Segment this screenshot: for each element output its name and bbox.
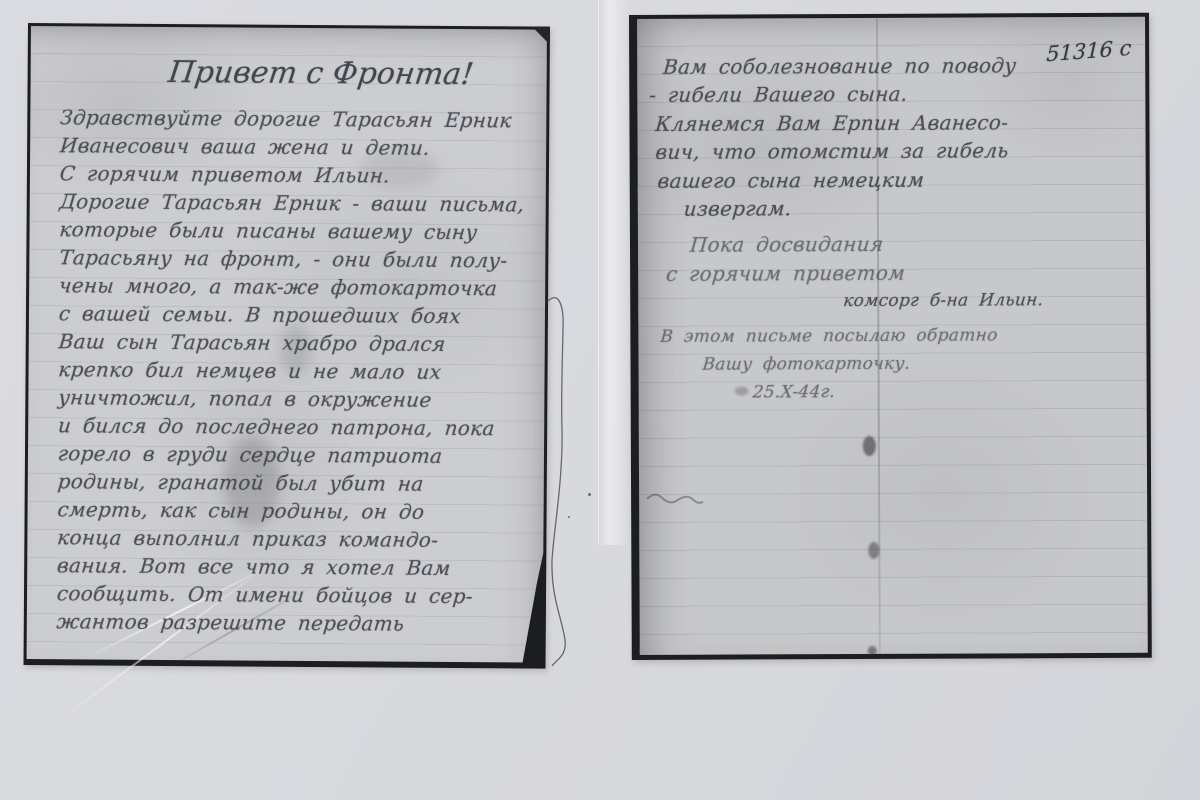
handwritten-line: сообщить. От имени бойцов и сер- (56, 579, 545, 610)
signature-line: комсорг б-на Ильин. (842, 286, 1147, 316)
handwritten-line: Тарасьяну на фронт, - они были полу- (58, 243, 547, 274)
ink-stain (868, 542, 879, 559)
handwritten-line: Иванесович ваша жена и дети. (59, 131, 548, 162)
handwritten-line: Клянемся Вам Ерпин Аванесо- (654, 108, 1146, 139)
handwritten-line: с горячим приветом (665, 257, 1147, 287)
handwritten-line: родины, гранатой был убит на (56, 467, 545, 498)
handwritten-line: вашего сына немецким (657, 164, 1147, 195)
handwritten-line: конца выполнил приказ командо- (56, 523, 545, 554)
ink-stain (735, 386, 749, 395)
ink-squiggle (645, 485, 705, 509)
handwritten-line: В этом письме посылаю обратно (659, 320, 1147, 351)
letter-heading: Привет с Фронта! (166, 55, 549, 93)
handwritten-line: Ваш сын Тарасьян храбро дрался (57, 327, 546, 358)
handwritten-line: и бился до последнего патрона, пока (57, 411, 546, 442)
handwritten-line: жантов разрешите передать (56, 607, 545, 638)
handwritten-line: Вам соболезнование по поводу (662, 51, 1146, 82)
ink-stain (868, 646, 877, 656)
photo-background: Привет с Фронта! Здравствуйте дорогие Та… (0, 0, 1200, 800)
handwritten-line: Пока досвидания (689, 229, 1147, 259)
corner-fold-mark (532, 27, 550, 45)
handwritten-line: которые были писаны вашему сыну (58, 215, 547, 246)
letter-page-1: Привет с Фронта! Здравствуйте дорогие Та… (24, 23, 550, 669)
handwritten-line: Здравствуйте дорогие Тарасьян Ерник (59, 103, 548, 134)
handwritten-line: вания. Вот все что я хотел Вам (56, 551, 545, 582)
handwritten-line: с вашей семьи. В прошедших боях (58, 299, 547, 330)
dust-speck (568, 516, 570, 518)
handwritten-line: вич, что отомстим за гибель (654, 136, 1146, 167)
handwritten-line: крепко бил немцев и не мало их (57, 355, 546, 386)
handwritten-line: С горячим приветом Ильин. (59, 159, 548, 190)
dust-speck (588, 493, 591, 496)
handwritten-line: Дорогие Тарасьян Ерник - ваши письма, (58, 187, 547, 218)
handwritten-line: - гибели Вашего сына. (648, 79, 1146, 110)
ink-stain (863, 436, 876, 456)
backing-sheet-edge (598, 0, 629, 545)
handwritten-line: уничтожил, попал в окружение (57, 383, 546, 414)
letter-page-2: 51316 с Вам соболезнование по поводу - г… (629, 13, 1152, 660)
handwritten-line: смерть, как сын родины, он до (56, 495, 545, 526)
date-line: 25.X-44г. (751, 377, 1147, 407)
handwritten-line: Вашу фотокарточку. (701, 349, 1147, 379)
handwritten-line: горело в груди сердце патриота (57, 439, 546, 470)
handwritten-line: чены много, а так-же фотокарточка (58, 271, 547, 302)
handwritten-line: извергам. (683, 193, 1147, 223)
